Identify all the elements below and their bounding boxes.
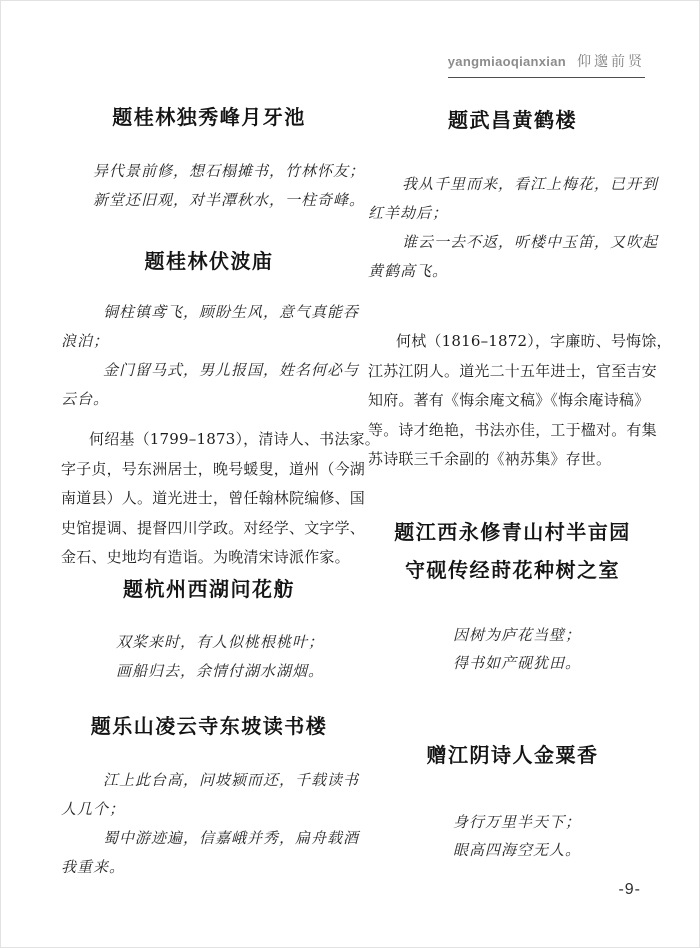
poem-line: 浪泊； [61,327,357,356]
poem-line: 我从千里而来，看江上梅花，已开到 [368,170,657,199]
poem-title-guilin-fubomiao: 题桂林伏波庙 [61,245,357,274]
bio-line: 苏诗联三千余副的《衲苏集》存世。 [368,445,657,475]
bio-line: 何绍基（1799–1873），清诗人、书法家。 [61,425,357,455]
poem-title-xihu-wenhuafang: 题杭州西湖问花舫 [61,573,357,602]
poem-line: 蜀中游迹遍，信嘉峨并秀，扁舟载酒 [61,824,357,853]
bio-line: 江苏江阴人。道光二十五年进士，官至吉安 [368,357,657,387]
poem-line: 谁云一去不返，听楼中玉笛，又吹起 [368,228,657,257]
bio-line: 金石、史地均有造诣。为晚清宋诗派作家。 [61,543,357,573]
scanned-book-page: yangmiaoqianxian 仰邈前贤 题桂林独秀峰月牙池 异代景前修，想石… [0,0,700,948]
right-column: 题武昌黄鹤楼 我从千里而来，看江上梅花，已开到 红羊劫后； 谁云一去不返，听楼中… [368,1,657,947]
poem-jinsuxiang: 身行万里半天下； 眼高四海空无人。 [368,808,657,864]
poem-line: 江上此台高，问坡颍而还，千载读书 [61,766,357,795]
poem-line: 得书如产砚犹田。 [453,649,657,677]
poem-title-banmuyuan: 题江西永修青山村半亩园 守砚传经莳花种树之室 [368,513,657,589]
left-column: 题桂林独秀峰月牙池 异代景前修，想石榻摊书，竹林怀友； 新堂还旧观，对半潭秋水，… [61,1,357,947]
poem-wenhuafang: 双桨来时，有人似桃根桃叶； 画船归去，余情付湖水湖烟。 [61,628,357,686]
poem-line: 画船归去，余情付湖水湖烟。 [116,657,357,686]
poem-duxiufeng: 异代景前修，想石榻摊书，竹林怀友； 新堂还旧观，对半潭秋水，一柱奇峰。 [61,157,357,215]
poem-line: 红羊劫后； [368,199,657,228]
bio-line: 史馆提调、提督四川学政。对经学、文字学、 [61,514,357,544]
poem-banmuyuan: 因树为庐花当壁； 得书如产砚犹田。 [368,621,657,677]
poem-line: 身行万里半天下； [453,808,657,836]
poem-line: 双桨来时，有人似桃根桃叶； [116,628,357,657]
biography-heshaoji: 何绍基（1799–1873），清诗人、书法家。 字子贞，号东洲居士，晚号蝯叟，道… [61,425,357,573]
page-number: -9- [618,881,641,899]
poem-fubomiao: 铜柱镇鸢飞，顾盼生风，意气真能吞 浪泊； 金门留马式，男儿报国，姓名何必与 云台… [61,298,357,414]
biography-heshi: 何栻（1816–1872），字廉昉、号悔馀， 江苏江阴人。道光二十五年进士，官至… [368,327,657,475]
bio-line: 知府。著有《悔余庵文稿》《悔余庵诗稿》 [368,386,657,416]
poem-line: 眼高四海空无人。 [453,836,657,864]
bio-line: 字子贞，号东洲居士，晚号蝯叟，道州（今湖 [61,455,357,485]
poem-huanghelou: 我从千里而来，看江上梅花，已开到 红羊劫后； 谁云一去不返，听楼中玉笛，又吹起 … [368,170,657,286]
poem-line: 异代景前修，想石榻摊书，竹林怀友； [93,157,357,186]
poem-title-huanghelou: 题武昌黄鹤楼 [368,104,657,133]
poem-line: 我重来。 [61,853,357,882]
poem-line: 金门留马式，男儿报国，姓名何必与 [61,356,357,385]
poem-title-line: 守砚传经莳花种树之室 [368,551,657,589]
bio-line: 何栻（1816–1872），字廉昉、号悔馀， [368,327,657,357]
poem-title-guilin-duxiufeng: 题桂林独秀峰月牙池 [61,101,357,130]
poem-line: 云台。 [61,385,357,414]
poem-title-leshan-dushulou: 题乐山凌云寺东坡读书楼 [61,710,357,739]
poem-line: 铜柱镇鸢飞，顾盼生风，意气真能吞 [61,298,357,327]
poem-line: 因树为庐花当壁； [453,621,657,649]
poem-line: 黄鹤高飞。 [368,257,657,286]
bio-line: 南道县）人。道光进士，曾任翰林院编修、国 [61,484,357,514]
poem-title-line: 题江西永修青山村半亩园 [368,513,657,551]
poem-line: 人几个； [61,795,357,824]
poem-dushulou: 江上此台高，问坡颍而还，千载读书 人几个； 蜀中游迹遍，信嘉峨并秀，扁舟载酒 我… [61,766,357,882]
bio-line: 等。诗才绝艳，书法亦佳，工于楹对。有集 [368,416,657,446]
poem-line: 新堂还旧观，对半潭秋水，一柱奇峰。 [93,186,357,215]
poem-title-jinsuxiang: 赠江阴诗人金粟香 [368,739,657,768]
